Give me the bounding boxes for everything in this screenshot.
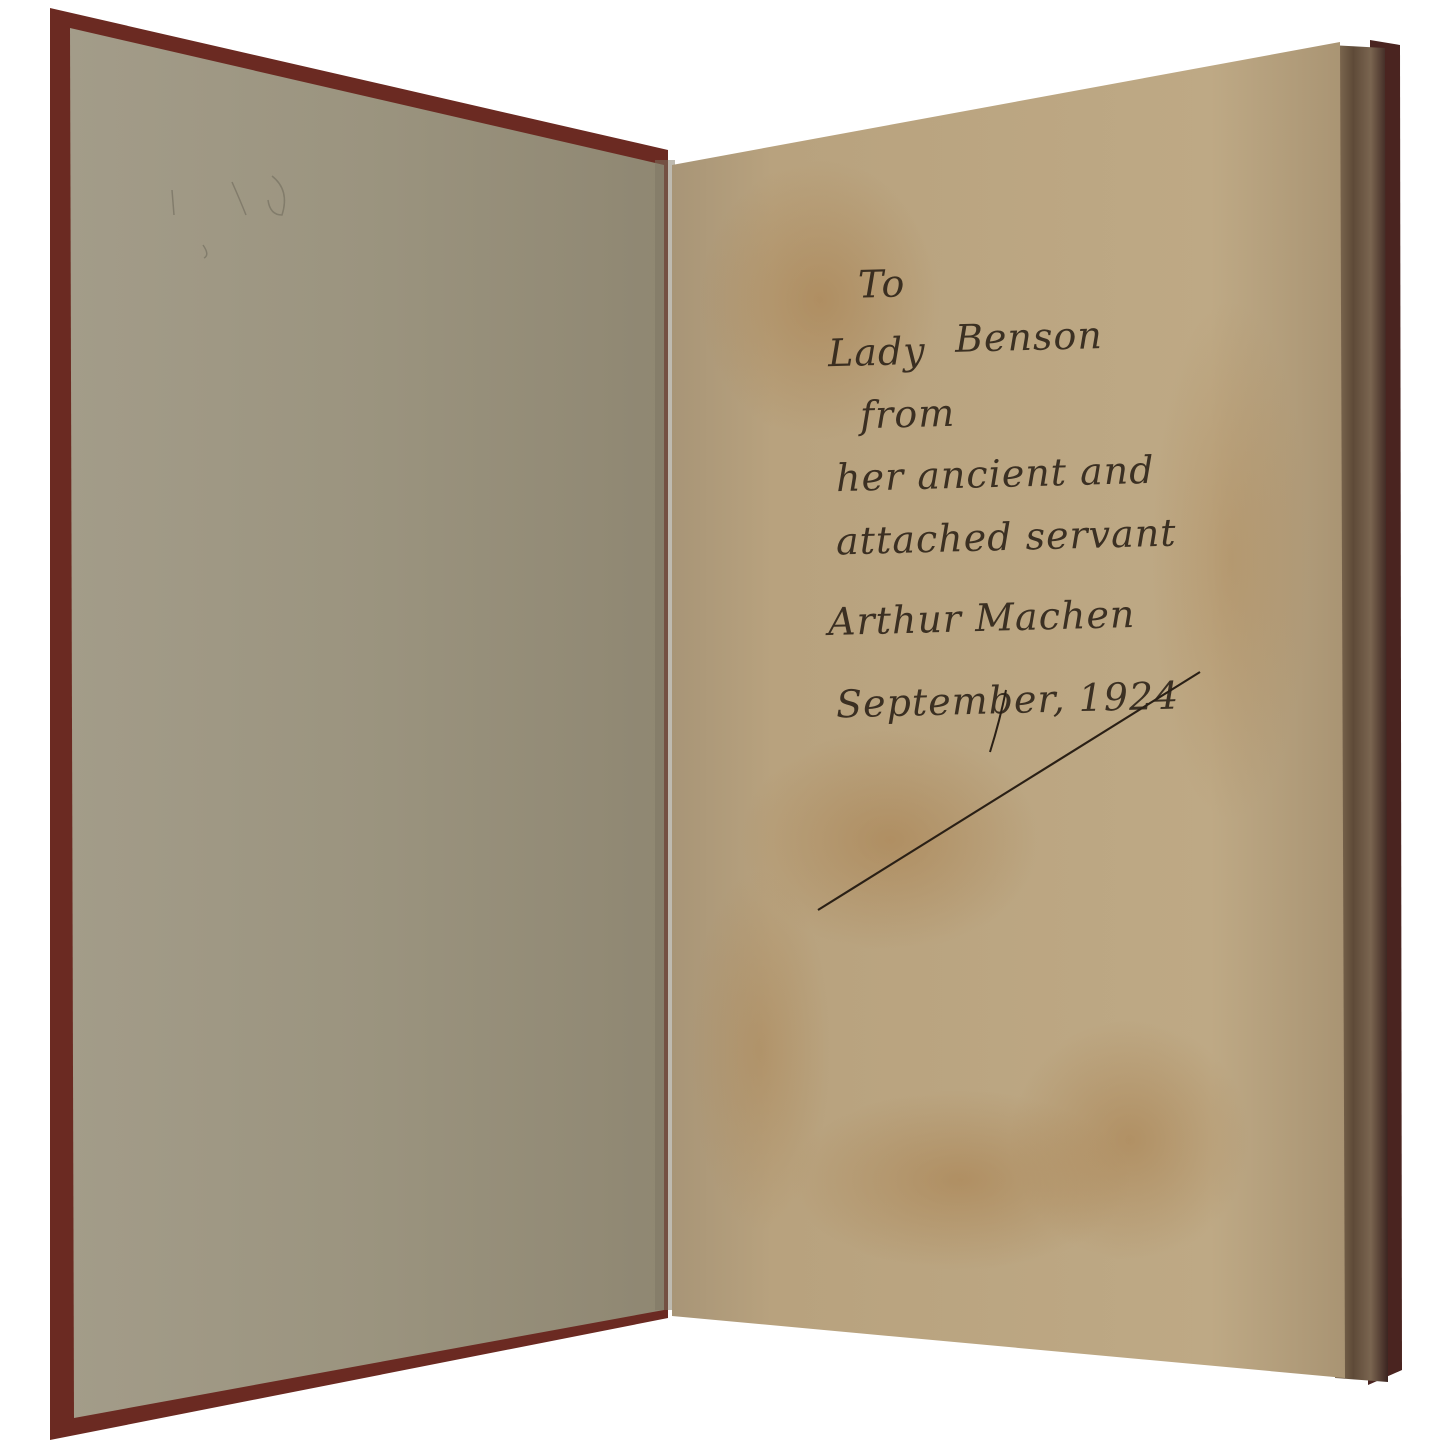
book-photo: To Lady Benson from her ancient and atta… (0, 0, 1445, 1445)
left-pastedown (70, 28, 664, 1418)
open-book-illustration (0, 0, 1445, 1445)
